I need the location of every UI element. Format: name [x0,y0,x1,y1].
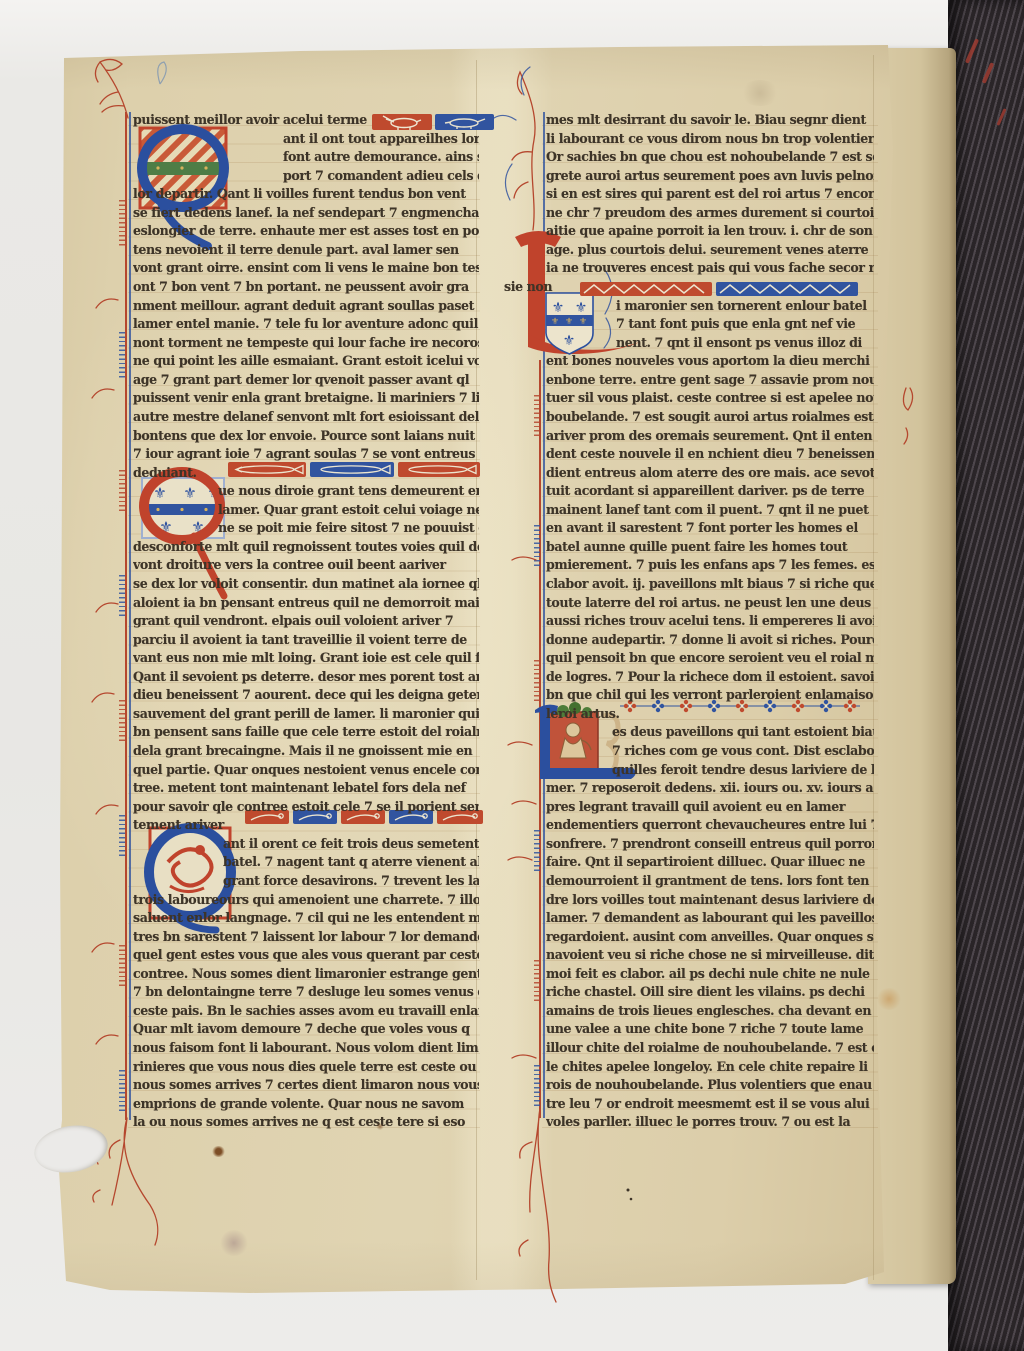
text-line: saluent enlor langnage. 7 cil qui ne les… [133,910,479,927]
text-line: se fiert dedens lanef. la nef sendepart … [133,205,479,222]
text-line: ont 7 bon vent 7 bn portant. ne peussent… [133,279,479,296]
penwork-comb [534,960,540,1004]
text-line: batel. 7 nagent tant q aterre vienent al… [223,854,479,871]
penwork-comb [534,1065,540,1109]
text-line: lamer. 7 demandent as labourant qui les … [546,910,874,927]
penwork-comb [119,1070,125,1114]
text-line: batel aunne quille puent faire les homes… [546,539,874,556]
text-line: enbone terre. entre gent sage 7 assavie … [546,372,874,389]
text-line: quil pensoit bn que encore seroient veu … [546,650,874,667]
text-line: contree. Nous somes dient limaronier est… [133,966,479,983]
text-line: riche chastel. Oill sire dient les vilai… [546,984,874,1001]
text-line: ne se poit mie feire sitost 7 ne pouuist… [218,520,479,537]
text-line: emprions de grande volente. Quar nous ne… [133,1096,479,1113]
text-line: sonfrere. 7 prendront conseill entreus q… [546,836,874,853]
text-line: dieu beneissent 7 aourent. dece qui les … [133,687,479,704]
text-line: pour savoir qle contree estoit cele 7 se… [133,799,479,816]
text-line: endementiers querront chevaucheures entr… [546,817,874,834]
text-line: ne qui point les aille esmaiant. Grant e… [133,353,479,370]
text-line: li labourant ce vous dirom nous bn trop … [546,131,874,148]
text-line: sauvement del grant perill de lamer. li … [133,706,479,723]
text-line: ant il orent ce feit trois deus semetent… [223,836,479,853]
penwork-comb [534,830,540,874]
text-line: Or sachies bn que chou est nohoubelande … [546,149,874,166]
text-line: deduiant. [133,465,479,482]
text-line: toute laterre del roi artus. ne peust le… [546,595,874,612]
bounding-line-red-left [125,112,127,1120]
text-line: mes mlt desirrant du savoir le. Biau seg… [546,112,874,129]
penwork-comb [119,200,125,246]
text-line: mainent lanef tant com il puent. 7 qnt i… [546,502,874,519]
text-line: mer. 7 reposeroit dedens. xii. iours ou.… [546,780,874,797]
text-line: nous faisom font li labourant. Nous volo… [133,1040,479,1057]
text-line: faire. Qnt il separtiroient dilluec. Qua… [546,854,874,871]
text-line: ceste pais. Bn le sachies asses avom eu … [133,1003,479,1020]
text-line: voles parller. illuec le porres trouv. 7… [546,1114,874,1131]
penwork-comb [119,470,125,514]
text-line: illour chite del roialme de nouhoubeland… [546,1040,874,1057]
text-line: grete auroi artus seurement poes avn luv… [546,168,874,185]
text-line: desconforte mlt quil regnoissent toutes … [133,539,479,556]
book-binding-edge [948,0,1024,1351]
text-column-left: puissent meillor avoir acelui termeant i… [133,112,479,1136]
text-line: tres bn sarestent 7 laissent lor labour … [133,929,479,946]
text-line: la ou nous somes arrives ne q est ceste … [133,1114,479,1131]
text-line: quel gent estes vous que ales vous quera… [133,947,479,964]
text-line: se dex lor voloit consentir. dun matinet… [133,576,479,593]
text-line: en avant il sarestent 7 font porter les … [546,520,874,537]
text-line: quel partie. Quar onques nestoient venus… [133,762,479,779]
text-line: dela grant brecaingne. Mais il ne gnoiss… [133,743,479,760]
text-line: ant il ont tout appareilhes lor voiage i… [283,131,479,148]
text-line: bn que chil qui les verront parleroient … [546,687,874,704]
text-line: puissent venir enla grant bretaigne. li … [133,390,479,407]
text-line: rinieres que vous nous dies quele terre … [133,1059,479,1076]
bounding-line-blue-left [129,112,131,1120]
text-line: aussi riches trouv acelui tens. li emper… [546,613,874,630]
text-line: si en est sires qui parent est del roi a… [546,186,874,203]
text-line: nous somes arrives 7 certes dient limaro… [133,1077,479,1094]
red-edge-stain [982,62,995,84]
text-line: dent ceste nouvele il en nchient dieu 7 … [546,446,874,463]
text-line: de logres. 7 Pour la richece dom il esto… [546,669,874,686]
text-line: boubelande. 7 est sougit auroi artus roi… [546,409,874,426]
text-line: 7 iour agrant ioie 7 agrant soulas 7 se … [133,446,479,463]
text-line: bn pensent sans faille que cele terre es… [133,724,479,741]
text-line: aitie que apaine porroit ia len trouv. i… [546,223,874,240]
red-edge-stain [965,38,979,63]
text-line: donne audepartir. 7 donne li avoit si ri… [546,632,874,649]
text-line: leroi artus. [546,706,874,723]
text-line: tree. metent tont maintenant lebatel for… [133,780,479,797]
text-line: sie non [504,279,874,296]
text-line: Qant il sevoient ps deterre. desor mes p… [133,669,479,686]
text-line: port 7 comandent adieu cels dela terre e… [283,168,479,185]
text-line: i maronier sen tornerent enlour batel [616,298,874,315]
text-line: ia ne trouveres encest pais qui vous fac… [546,260,874,277]
text-line: rois de nouhoubelande. Plus volentiers q… [546,1077,874,1094]
text-line: font autre demourance. ains se partent d… [283,149,479,166]
text-line: clabor avoit. ij. paveillons mlt biaus 7… [546,576,874,593]
text-line: age. plus courtois delui. seurement vene… [546,242,874,259]
text-line: bontens que dex lor envoie. Pource sont … [133,428,479,445]
text-line: le chites apelee longeloy. En cele chite… [546,1059,874,1076]
text-line: tement ariver [133,817,479,834]
text-line: grant quil vendront. elpais ouil voloien… [133,613,479,630]
text-line: quilles feroit tendre desus lariviere de… [612,762,874,779]
text-line: dient entreus alom aterre des ore mais. … [546,465,874,482]
text-line: eslongier de terre. enhaute mer est asse… [133,223,479,240]
penwork-comb [119,815,125,859]
text-line: ne chr 7 preudom des armes durement si c… [546,205,874,222]
text-line: une valee a une chite bone 7 riche 7 tou… [546,1021,874,1038]
text-line: lamer entel manie. 7 tele fu lor aventur… [133,316,479,333]
text-line: pmierement. 7 puis les enfans aps 7 les … [546,557,874,574]
penwork-comb [119,575,125,619]
text-line: demourroient il grantment de tens. lors … [546,873,874,890]
text-line: trois laboureours qui amenoient une char… [133,892,479,909]
text-line: puissent meillor avoir acelui terme [133,112,479,129]
text-line: tuer sil vous plaist. ceste contree si e… [546,390,874,407]
text-line: moi feit es clabor. ail ps dechi nule ch… [546,966,874,983]
text-line: tre leu 7 or endroit meesmemt est il se … [546,1096,874,1113]
penwork-comb [119,332,125,378]
text-line: 7 tant font puis que enla gnt nef vie [616,316,874,333]
text-line: ent bones nouveles vous aportom la dieu … [546,353,874,370]
text-line: navoient veu si riche chose ne si mirvei… [546,947,874,964]
text-line: autre mestre delanef senvont mlt fort es… [133,409,479,426]
manuscript-photo: ⚜⚜⚜ ⚜⚜ ⚜⚜⚜ ⚜⚜⚜ [0,0,1024,1351]
text-line: tuit acordant si appareillent dariver. p… [546,483,874,500]
text-line: vant eus non mie mlt loing. Grant ioie e… [133,650,479,667]
text-line: parciu il avoient ia tant traveillie il … [133,632,479,649]
text-line: dre lors voilles tout maintenant desus l… [546,892,874,909]
text-line: 7 riches com ge vous cont. Dist esclabor [612,743,874,760]
text-column-right: mes mlt desirrant du savoir le. Biau seg… [546,112,874,1136]
text-line: pres legrant travaill quil avoient eu en… [546,799,874,816]
text-line: Quar mlt iavom demoure 7 deche que voles… [133,1021,479,1038]
text-line: lor departir. Qant li voilles furent ten… [133,186,479,203]
text-line: vont grant oirre. ensint com li vens le … [133,260,479,277]
penwork-comb [119,945,125,989]
penwork-comb [119,700,125,744]
text-line: nont torment ne tempeste qui lour fache … [133,335,479,352]
text-line: es deus paveillons qui tant estoient bia… [612,724,874,741]
text-line: ariver prom des oremais seurement. Qnt i… [546,428,874,445]
penwork-comb [534,395,540,439]
text-line: age 7 grant part demer lor qvenoit passe… [133,372,479,389]
penwork-comb [534,660,540,704]
text-line: grant force desavirons. 7 trevent les la… [223,873,479,890]
text-line: amains de trois lieues englesches. cha d… [546,1003,874,1020]
text-line: lamer. Quar grant estoit celui voiage ne [218,502,479,519]
text-line: regardoient. ausint com anveilles. Quar … [546,929,874,946]
text-line: nment meillour. agrant deduit agrant sou… [133,298,479,315]
text-line: nent. 7 qnt il ensont ps venus illoz di [616,335,874,352]
text-line: aloient ia bn pensant entreus quil ne de… [133,595,479,612]
text-line: tens nevoient il terre denule part. aval… [133,242,479,259]
red-edge-stain [996,108,1006,126]
penwork-comb [534,525,540,569]
text-line: 7 bn delontaingne terre 7 desluge leu so… [133,984,479,1001]
text-line: ue nous diroie grant tens demeurent en [218,483,479,500]
text-line: vont droiture vers la contree ouil beent… [133,557,479,574]
